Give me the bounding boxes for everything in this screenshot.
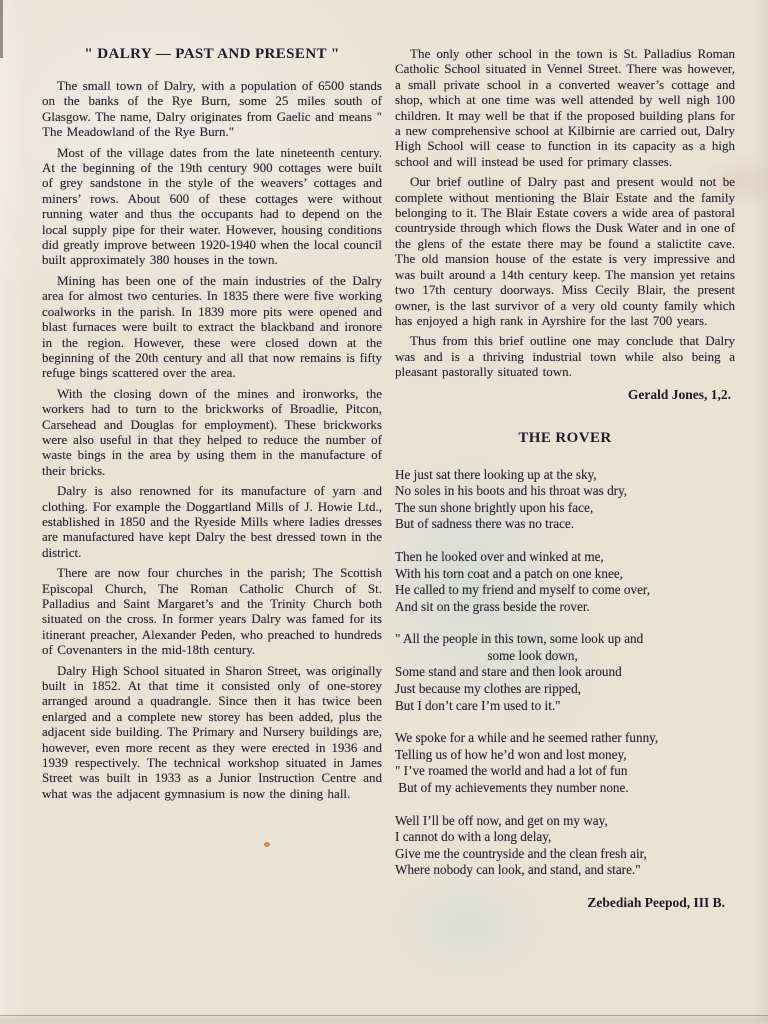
article-paragraph: With the closing down of the mines and i… <box>42 386 382 478</box>
article-paragraph: Thus from this brief outline one may con… <box>395 333 735 379</box>
article-paragraph: Dalry is also renowned for its manufactu… <box>42 483 382 560</box>
article-paragraph: There are now four churches in the paris… <box>42 565 382 657</box>
poem-stanza: " All the people in this town, some look… <box>395 631 735 714</box>
article-paragraph: The small town of Dalry, with a populati… <box>42 78 382 140</box>
page-edge-line <box>0 1015 768 1016</box>
article-title: " DALRY — PAST AND PRESENT " <box>42 46 382 63</box>
article-paragraph: Our brief outline of Dalry past and pres… <box>395 174 735 328</box>
magazine-page: " DALRY — PAST AND PRESENT " The small t… <box>0 0 768 1024</box>
article-paragraph: Most of the village dates from the late … <box>42 145 382 268</box>
article-byline: Gerald Jones, 1,2. <box>395 387 731 403</box>
right-column: The only other school in the town is St.… <box>395 46 735 911</box>
poem-byline: Zebediah Peepod, III B. <box>395 895 725 911</box>
article-paragraph: The only other school in the town is St.… <box>395 46 735 169</box>
page-columns: " DALRY — PAST AND PRESENT " The small t… <box>0 0 768 911</box>
left-column: " DALRY — PAST AND PRESENT " The small t… <box>42 46 382 911</box>
poem-stanza: We spoke for a while and he seemed rathe… <box>395 730 735 796</box>
poem-title: THE ROVER <box>395 430 735 447</box>
poem-stanza: Well I’ll be off now, and get on my way,… <box>395 813 735 879</box>
poem-stanza: Then he looked over and winked at me, Wi… <box>395 549 735 615</box>
article-paragraph: Mining has been one of the main industri… <box>42 273 382 381</box>
poem-stanza: He just sat there looking up at the sky,… <box>395 467 735 533</box>
article-paragraph: Dalry High School situated in Sharon Str… <box>42 663 382 802</box>
